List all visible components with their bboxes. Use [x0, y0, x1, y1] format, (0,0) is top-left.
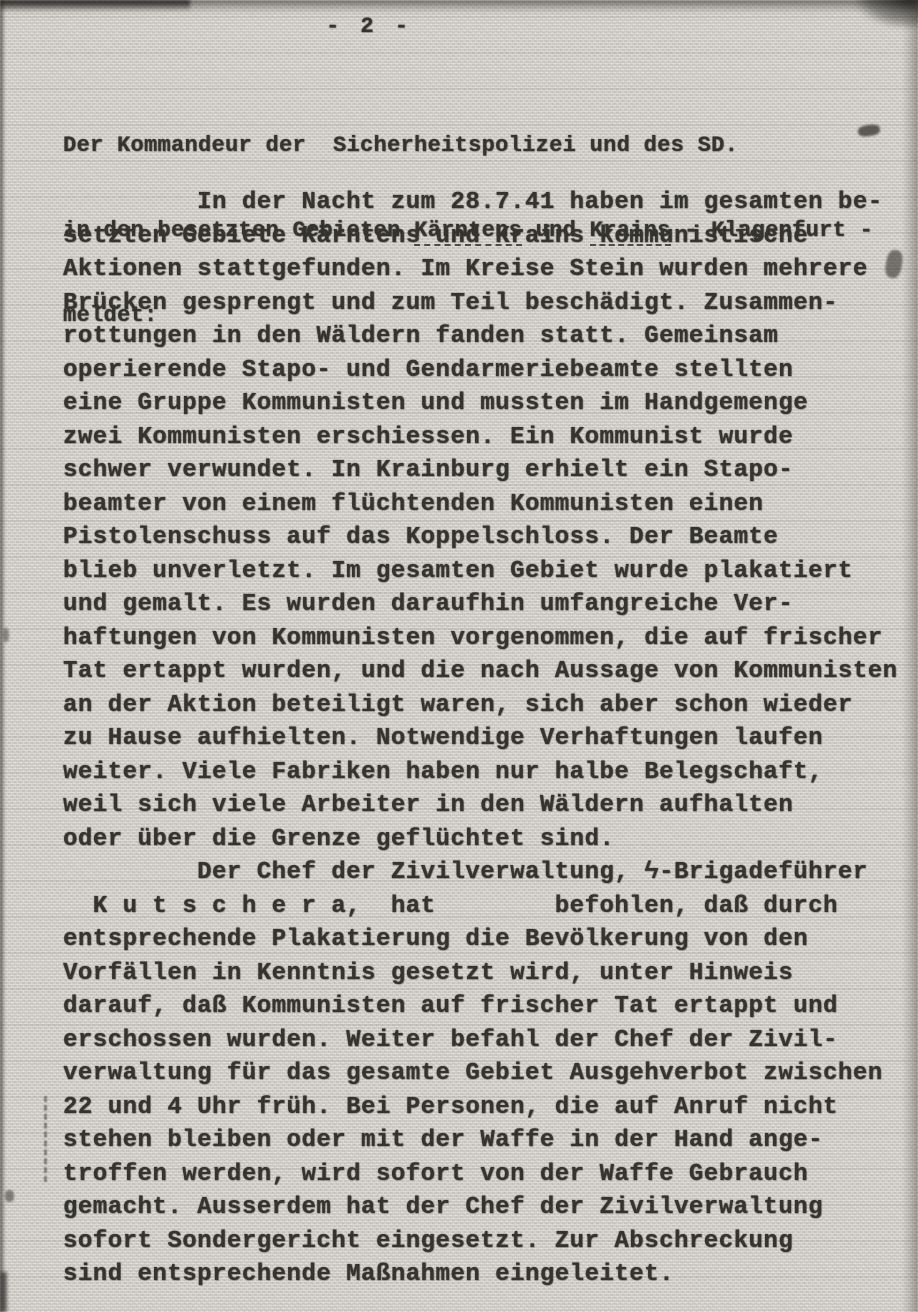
page-number: - 2 - [326, 14, 412, 39]
typewritten-line: erschossen wurden. Weiter befahl der Che… [63, 1024, 898, 1058]
report-body: In der Nacht zum 28.7.41 haben im gesamt… [63, 186, 898, 1292]
typewritten-line: gemacht. Ausserdem hat der Chef der Zivi… [63, 1191, 898, 1225]
typewritten-line: und gemalt. Es wurden daraufhin umfangre… [63, 588, 898, 622]
typewritten-line: schwer verwundet. In Krainburg erhielt e… [63, 454, 898, 488]
header-line-sender: Der Kommandeur der Sicherheitspolizei un… [63, 128, 873, 163]
typewritten-line: stehen bleiben oder mit der Waffe in der… [63, 1124, 898, 1158]
typewritten-line: Vorfällen in Kenntnis gesetzt wird, unte… [63, 957, 898, 991]
typewritten-line: beamter von einem flüchtenden Kommuniste… [63, 488, 898, 522]
typewritten-line: an der Aktion beteiligt waren, sich aber… [63, 689, 898, 723]
typewritten-line: 22 und 4 Uhr früh. Bei Personen, die auf… [63, 1091, 898, 1125]
typewritten-line: weiter. Viele Fabriken haben nur halbe B… [63, 756, 898, 790]
typewritten-line: K u t s c h e r a, hat befohlen, daß dur… [63, 890, 898, 924]
typewritten-line: Brücken gesprengt und zum Teil beschädig… [63, 287, 898, 321]
typewritten-line: rottungen in den Wäldern fanden statt. G… [63, 320, 898, 354]
margin-pencil-mark [44, 1096, 47, 1182]
typewritten-line: oder über die Grenze geflüchtet sind. [63, 823, 898, 857]
typewritten-line: setzten Gebiete Kärntens und Krains komm… [63, 220, 898, 254]
ink-speck [5, 1190, 14, 1202]
scan-corner-top-left [0, 0, 190, 11]
typewritten-line: Der Chef der Zivilverwaltung, ϟ-Brigadef… [63, 856, 898, 890]
typewritten-line: sind entsprechende Maßnahmen eingeleitet… [63, 1258, 898, 1292]
typewritten-line: weil sich viele Arbeiter in den Wäldern … [63, 789, 898, 823]
typewritten-line: eine Gruppe Kommunisten und mussten im H… [63, 387, 898, 421]
scan-edge-left [0, 0, 6, 1312]
typewritten-line: zu Hause aufhielten. Notwendige Verhaftu… [63, 722, 898, 756]
typewritten-line: Pistolenschuss auf das Koppelschloss. De… [63, 521, 898, 555]
typewritten-line: darauf, daß Kommunisten auf frischer Tat… [63, 990, 898, 1024]
ink-speck [3, 628, 9, 642]
typewritten-line: entsprechende Plakatierung die Bevölkeru… [63, 923, 898, 957]
typewritten-line: haftungen von Kommunisten vorgenommen, d… [63, 622, 898, 656]
typewritten-line: sofort Sondergericht eingesetzt. Zur Abs… [63, 1225, 898, 1259]
scan-corner-bottom-left [0, 1272, 7, 1312]
typewritten-line: In der Nacht zum 28.7.41 haben im gesamt… [63, 186, 898, 220]
typewritten-line: operierende Stapo- und Gendarmeriebeamte… [63, 354, 898, 388]
typewritten-line: zwei Kommunisten erschiessen. Ein Kommun… [63, 421, 898, 455]
typewritten-line: Tat ertappt wurden, und die nach Aussage… [63, 655, 898, 689]
typewritten-line: verwaltung für das gesamte Gebiet Ausgeh… [63, 1057, 898, 1091]
typewritten-line: troffen werden, wird sofort von der Waff… [63, 1158, 898, 1192]
typewritten-line: blieb unverletzt. Im gesamten Gebiet wur… [63, 555, 898, 589]
scanned-document-page: - 2 - Der Kommandeur der Sicherheitspoli… [0, 0, 918, 1312]
typewritten-line: Aktionen stattgefunden. Im Kreise Stein … [63, 253, 898, 287]
scan-edge-right [902, 0, 918, 1312]
